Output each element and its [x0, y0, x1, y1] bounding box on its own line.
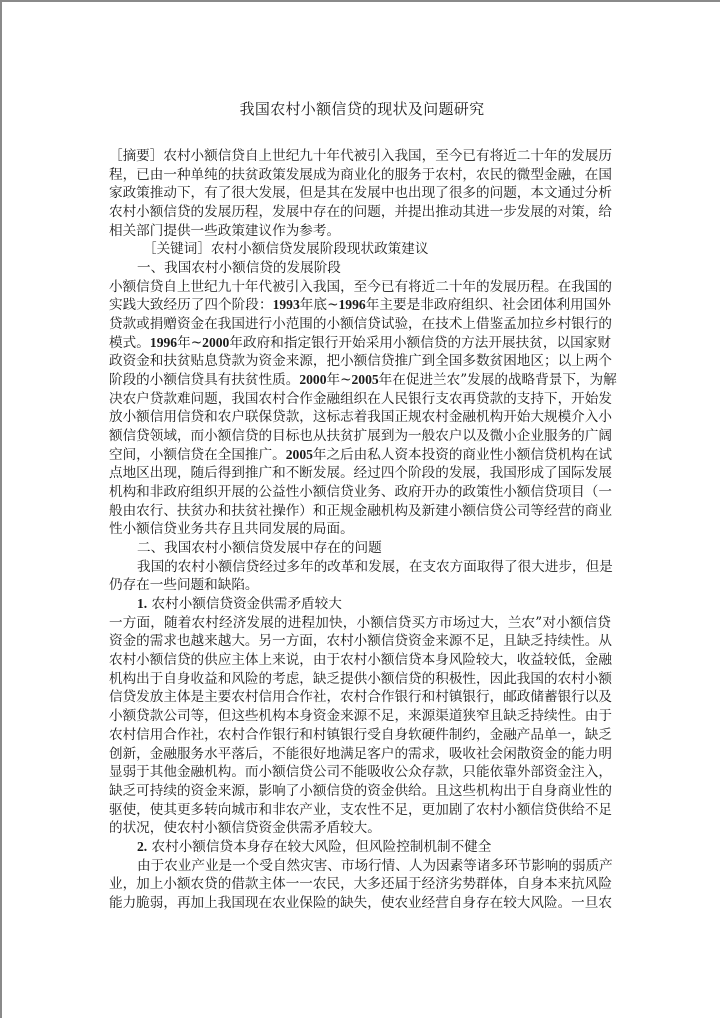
paragraph-line: 农村小额信贷的供应主体上来说，由于农村小额信贷本身风险较大，收益较低，金融: [109, 651, 611, 670]
abstract-line: 程，已由一种单纯的扶贫政策发展成为商业化的服务于农村，农民的微型金融，在国: [109, 166, 611, 185]
abstract-line: ［摘要］农村小额信贷自上世纪九十年代被引入我国，至今已有将近二十年的发展历: [109, 147, 611, 166]
paragraph-line: 机构和非政府组织开展的公益性小额信贷业务、政府开办的政策性小额信贷项目（一: [109, 483, 611, 502]
document-title: 我国农村小额信贷的现状及问题研究: [2, 99, 720, 119]
paragraph-line: 般由农行、扶贫办和扶贫社操作）和正规金融机构及新建小额信贷公司等经营的商业: [109, 502, 611, 521]
problem-2-paragraph: 由于农业产业是一个受自然灾害、市场行情、人为因素等诸多环节影响的弱质产 业，加上…: [109, 857, 611, 913]
subheading-problem-2: 2. 农村小额信贷本身存在较大风险，但风险控制机制不健全: [109, 838, 611, 857]
paragraph-line: 业，加上小额农贷的借款主体一一农民，大多还届于经济劣势群体，自身本来抗风险: [109, 875, 611, 894]
paragraph-line: 创新，金融服务水平落后，不能很好地满足客户的需求，吸收社会闲散资金的能力明: [109, 745, 611, 764]
paragraph-line: 一方面，随着农村经济发展的进程加快，小额信贷买方市场过大，兰农”对小额信贷: [109, 614, 611, 633]
paragraph-line: 我国的农村小额信贷经过多年的改革和发展，在支农方面取得了很大进步，但是: [109, 558, 611, 577]
paragraph-line: 驱使，使其更多转向城市和非农产业，支农性不足，更加剧了农村小额信贷供给不足: [109, 801, 611, 820]
paragraph-line: 缺乏可持续的资金来源，影响了小额信贷的资金供给。且这些机构出于自身商业性的: [109, 782, 611, 801]
paragraph-line: 实践大致经历了四个阶段：1993年底~1996年主要是非政府组织、社会团体利用国…: [109, 296, 611, 315]
paragraph-line: 空间，小额信贷在全国推广。2005年之后由私人资本投资的商业性小额信贷机构在试: [109, 446, 611, 465]
problem-1-paragraph: 一方面，随着农村经济发展的进程加快，小额信贷买方市场过大，兰农”对小额信贷 资金…: [109, 614, 611, 838]
paragraph-line: 信贷发放主体是主要农村信用合作社，农村合作银行和村镇银行，邮政储蓄银行以及: [109, 688, 611, 707]
abstract-line: 家政策推动下，有了很大发展，但是其在发展中也出现了很多的问题，本文通过分析: [109, 184, 611, 203]
section-heading-2: 二、我国农村小额信贷发展中存在的问题: [109, 539, 611, 558]
paragraph-line: 决农户贷款难问题，我国农村合作金融组织在人民银行支农再贷款的支持下，开始发: [109, 390, 611, 409]
section-1-paragraph: 小额信贷自上世纪九十年代被引入我国，至今已有将近二十年的发展历程。在我国的 实践…: [109, 278, 611, 539]
paragraph-line: 政资金和扶贫贴息贷款为资金来源，把小额信贷推广到全国多数贫困地区；以上两个: [109, 352, 611, 371]
paragraph-line: 放小额信用信贷和农户联保贷款，这标志着我国正规农村金融机构开始大规模介入小: [109, 408, 611, 427]
document-page: 我国农村小额信贷的现状及问题研究 ［摘要］农村小额信贷自上世纪九十年代被引入我国…: [0, 0, 720, 1018]
paragraph-line: 由于农业产业是一个受自然灾害、市场行情、人为因素等诸多环节影响的弱质产: [109, 857, 611, 876]
subheading-text: 农村小额信贷资金供需矛盾较大: [152, 596, 342, 612]
paragraph-line: 点地区出现，随后得到推广和不断发展。经过四个阶段的发展，我国形成了国际发展: [109, 464, 611, 483]
paragraph-line: 额信贷领域，而小额信贷的目标也从扶贫扩展到为一般农户以及微小企业服务的广阔: [109, 427, 611, 446]
paragraph-line: 仍存在一些问题和缺陷。: [109, 576, 611, 595]
abstract-line: 相关部门提供一些政策建议作为参考。: [109, 222, 611, 241]
section-heading-1: 一、我国农村小额信贷的发展阶段: [109, 259, 611, 278]
subheading-number: 2.: [137, 839, 147, 854]
subheading-number: 1.: [137, 596, 147, 611]
paragraph-line: 性小额信贷业务共存且共同发展的局面。: [109, 520, 611, 539]
abstract-line: 农村小额信贷的发展历程，发展中存在的问题，并提出推动其进一步发展的对策，给: [109, 203, 611, 222]
paragraph-line: 阶段的小额信贷具有扶贫性质。2000年~2005年在促进兰农”发展的战略背景下，…: [109, 371, 611, 390]
subheading-problem-1: 1. 农村小额信贷资金供需矛盾较大: [109, 595, 611, 614]
paragraph-line: 农村信用合作社，农村合作银行和村镇银行受自身软硬件制约，金融产品单一，缺乏: [109, 726, 611, 745]
abstract: ［摘要］农村小额信贷自上世纪九十年代被引入我国，至今已有将近二十年的发展历 程，…: [109, 147, 611, 240]
paragraph-line: 能力脆弱，再加上我国现在农业保险的缺失，使农业经营自身存在较大风险。一旦农: [109, 894, 611, 913]
paragraph-line: 模式。1996年~2000年政府和指定银行开始采用小额信贷的方法开展扶贫，以国家…: [109, 334, 611, 353]
paragraph-line: 贷款或捐赠资金在我国进行小范围的小额信贷试验，在技术上借鉴孟加拉乡村银行的: [109, 315, 611, 334]
document-body: ［摘要］农村小额信贷自上世纪九十年代被引入我国，至今已有将近二十年的发展历 程，…: [109, 147, 611, 913]
paragraph-line: 机构出于自身收益和风险的考虑，缺乏提供小额信贷的积极性，因此我国的农村小额: [109, 670, 611, 689]
paragraph-line: 小额贷款公司等，但这些机构本身资金来源不足，来源渠道狭窄且缺乏持续性。由于: [109, 707, 611, 726]
subheading-text: 农村小额信贷本身存在较大风险，但风险控制机制不健全: [152, 839, 492, 855]
section-2-intro: 我国的农村小额信贷经过多年的改革和发展，在支农方面取得了很大进步，但是 仍存在一…: [109, 558, 611, 595]
paragraph-line: 的状况，使农村小额信贷资金供需矛盾较大。: [109, 819, 611, 838]
paragraph-line: 小额信贷自上世纪九十年代被引入我国，至今已有将近二十年的发展历程。在我国的: [109, 278, 611, 297]
keywords: ［关键词］农村小额信贷发展阶段现状政策建议: [109, 240, 611, 259]
paragraph-line: 显弱于其他金融机构。而小额信贷公司不能吸收公众存款，只能依靠外部资金注入，: [109, 763, 611, 782]
paragraph-line: 资金的需求也越来越大。另一方面，农村小额信贷资金来源不足，且缺乏持续性。从: [109, 632, 611, 651]
